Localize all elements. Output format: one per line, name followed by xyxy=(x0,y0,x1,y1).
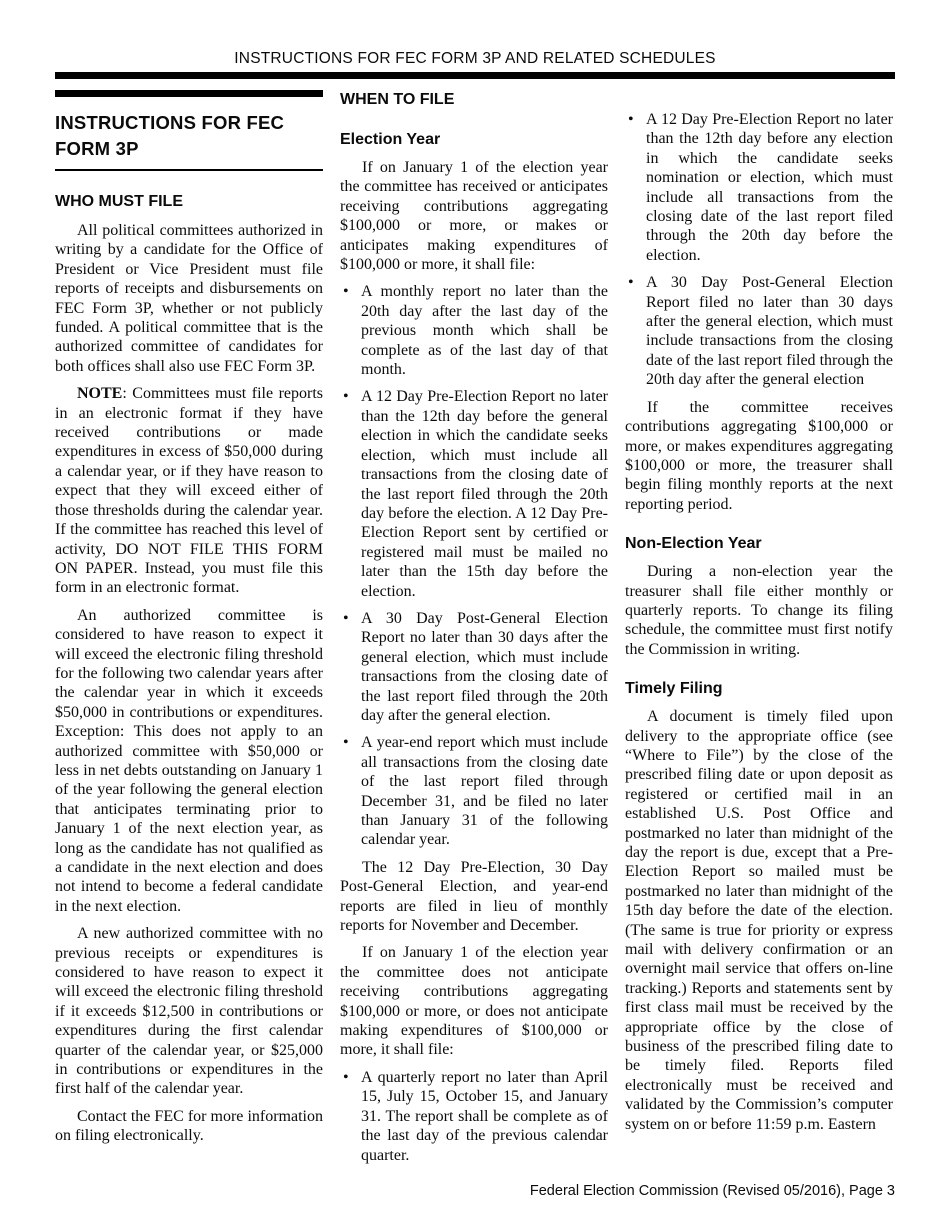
bullet-item: •A monthly report no later than the 20th… xyxy=(340,282,608,379)
bullet-icon: • xyxy=(340,282,361,379)
bullet-text: A 30 Day Post-General Election Report fi… xyxy=(646,273,893,389)
bullet-text: A quarterly report no later than April 1… xyxy=(361,1068,608,1165)
column-title: INSTRUCTIONS FOR FEC FORM 3P xyxy=(55,110,323,162)
bullet-icon: • xyxy=(340,733,361,849)
section-heading: WHO MUST FILE xyxy=(55,192,323,212)
bullet-item: •A 30 Day Post-General Election Report n… xyxy=(340,609,608,725)
sub-heading: Timely Filing xyxy=(625,679,893,699)
bullet-item: •A quarterly report no later than April … xyxy=(340,1068,608,1165)
bullet-item: •A 30 Day Post-General Election Report f… xyxy=(625,273,893,389)
header-rule xyxy=(55,72,895,79)
document-page: INSTRUCTIONS FOR FEC FORM 3P AND RELATED… xyxy=(0,0,950,1230)
paragraph: During a non-election year the treasurer… xyxy=(625,562,893,659)
bullet-icon: • xyxy=(625,110,646,265)
bullet-text: A 30 Day Post-General Election Report no… xyxy=(361,609,608,725)
paragraph: If on January 1 of the election year the… xyxy=(340,943,608,1059)
title-top-rule xyxy=(55,90,323,97)
bullet-item: •A 12 Day Pre-Election Report no later t… xyxy=(625,110,893,265)
left-column: INSTRUCTIONS FOR FEC FORM 3PWHO MUST FIL… xyxy=(55,90,323,1173)
middle-column: WHEN TO FILEElection YearIf on January 1… xyxy=(340,90,608,1173)
bullet-text: A monthly report no later than the 20th … xyxy=(361,282,608,379)
bullet-item: •A year-end report which must include al… xyxy=(340,733,608,849)
bullet-icon: • xyxy=(340,387,361,600)
sub-heading: Election Year xyxy=(340,130,608,150)
bullet-icon: • xyxy=(625,273,646,389)
title-bottom-rule xyxy=(55,169,323,171)
paragraph: All political committees authorized in w… xyxy=(55,221,323,376)
sub-heading: Non-Election Year xyxy=(625,534,893,554)
bullet-item: •A 12 Day Pre-Election Report no later t… xyxy=(340,387,608,600)
paragraph: An authorized committee is considered to… xyxy=(55,606,323,917)
paragraph: NOTE: Committees must file reports in an… xyxy=(55,384,323,597)
page-header-title: INSTRUCTIONS FOR FEC FORM 3P AND RELATED… xyxy=(0,50,950,68)
paragraph: If on January 1 of the election year the… xyxy=(340,158,608,274)
bullet-icon: • xyxy=(340,609,361,725)
column-layout: INSTRUCTIONS FOR FEC FORM 3PWHO MUST FIL… xyxy=(0,79,950,1173)
bullet-text: A 12 Day Pre-Election Report no later th… xyxy=(361,387,608,600)
bullet-text: A 12 Day Pre-Election Report no later th… xyxy=(646,110,893,265)
section-heading: WHEN TO FILE xyxy=(340,90,608,110)
paragraph: If the committee receives contributions … xyxy=(625,398,893,514)
bullet-icon: • xyxy=(340,1068,361,1165)
page-footer: Federal Election Commission (Revised 05/… xyxy=(530,1183,895,1199)
paragraph: The 12 Day Pre-Election, 30 Day Post-Gen… xyxy=(340,858,608,936)
right-column: •A 12 Day Pre-Election Report no later t… xyxy=(625,90,893,1173)
paragraph: A new authorized committee with no previ… xyxy=(55,924,323,1099)
paragraph: A document is timely filed upon delivery… xyxy=(625,707,893,1134)
paragraph: Contact the FEC for more information on … xyxy=(55,1107,323,1146)
bullet-text: A year-end report which must include all… xyxy=(361,733,608,849)
page-header: INSTRUCTIONS FOR FEC FORM 3P AND RELATED… xyxy=(0,0,950,79)
